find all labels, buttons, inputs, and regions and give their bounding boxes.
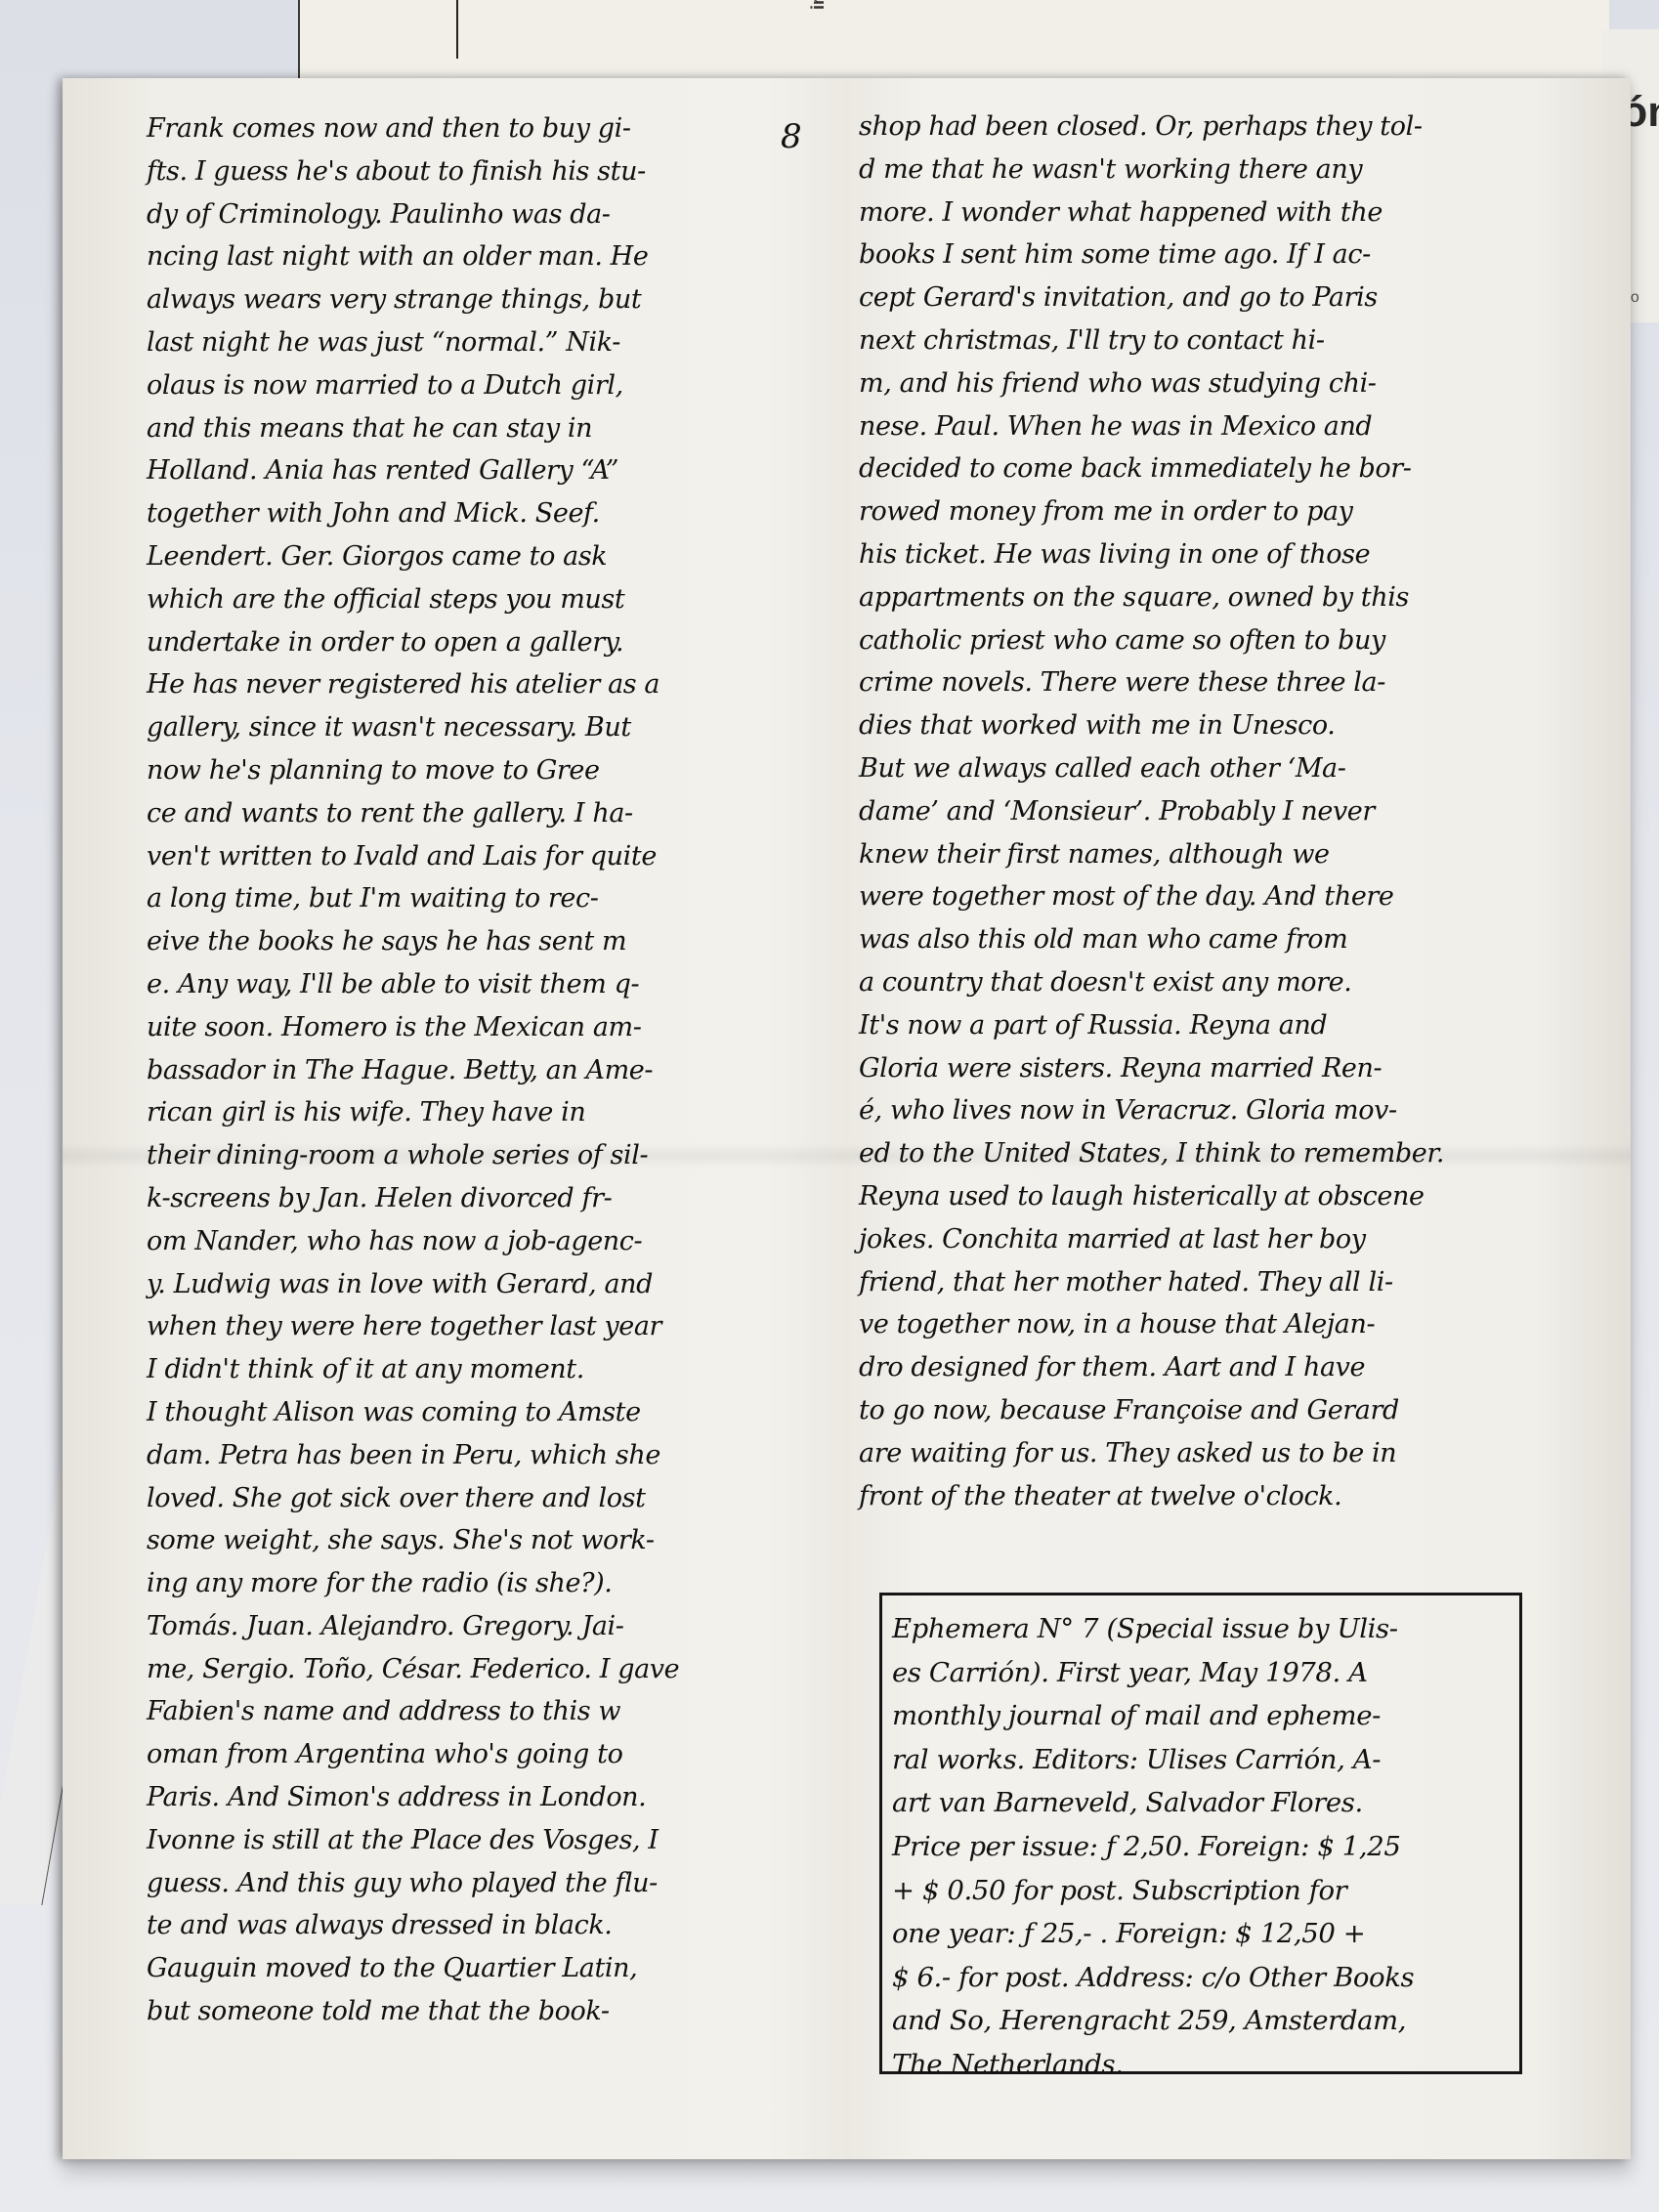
text-line: He has never registered his atelier as a	[147, 663, 772, 706]
text-line: dro designed for them. Aart and I have	[859, 1346, 1562, 1389]
page-number: 8	[781, 117, 802, 156]
text-line: now he's planning to move to Gree	[147, 749, 772, 792]
text-line: ve together now, in a house that Alejan-	[859, 1303, 1562, 1346]
text-line: together with John and Mick. Seef.	[147, 492, 772, 535]
text-line: I thought Alison was coming to Amste	[147, 1391, 772, 1434]
text-line: rowed money from me in order to pay	[859, 490, 1562, 533]
text-line: fts. I guess he's about to finish his st…	[147, 150, 772, 193]
colophon-box: Ephemera N° 7 (Special issue by Ulis-es …	[879, 1593, 1522, 2074]
text-line: eive the books he says he has sent m	[147, 920, 772, 963]
text-line: and this means that he can stay in	[147, 407, 772, 450]
background-paper-top-text: ires	[808, 0, 829, 10]
text-line: was also this old man who came from	[859, 918, 1562, 961]
text-line: some weight, she says. She's not work-	[147, 1519, 772, 1562]
left-text-column: Frank comes now and then to buy gi-fts. …	[147, 107, 772, 2033]
text-line: when they were here together last year	[147, 1305, 772, 1348]
text-line: crime novels. There were these three la-	[859, 661, 1562, 704]
text-line: appartments on the square, owned by this	[859, 576, 1562, 619]
text-line: é, who lives now in Veracruz. Gloria mov…	[859, 1089, 1562, 1132]
text-line: catholic priest who came so often to buy	[859, 619, 1562, 662]
document-page: Frank comes now and then to buy gi-fts. …	[63, 78, 1631, 2159]
text-line: But we always called each other ‘Ma-	[859, 747, 1562, 790]
text-line: ral works. Editors: Ulises Carrión, A-	[892, 1738, 1510, 1782]
text-line: I didn't think of it at any moment.	[147, 1348, 772, 1391]
text-line: nese. Paul. When he was in Mexico and	[859, 405, 1562, 448]
background-paper-top: ires	[298, 0, 1609, 88]
text-line: dies that worked with me in Unesco.	[859, 704, 1562, 747]
text-line: m, and his friend who was studying chi-	[859, 362, 1562, 405]
text-line: dame’ and ‘Monsieur’. Probably I never	[859, 790, 1562, 833]
text-line: their dining-room a whole series of sil-	[147, 1134, 772, 1177]
text-line: guess. And this guy who played the flu-	[147, 1862, 772, 1905]
text-line: shop had been closed. Or, perhaps they t…	[859, 106, 1562, 149]
text-line: Leendert. Ger. Giorgos came to ask	[147, 535, 772, 578]
text-line: loved. She got sick over there and lost	[147, 1477, 772, 1520]
text-line: Price per issue: ƒ 2,50. Foreign: $ 1,25	[892, 1825, 1510, 1869]
text-line: ed to the United States, I think to reme…	[859, 1132, 1562, 1175]
text-line: Frank comes now and then to buy gi-	[147, 107, 772, 150]
text-line: Fabien's name and address to this w	[147, 1690, 772, 1733]
text-line: Gloria were sisters. Reyna married Ren-	[859, 1047, 1562, 1090]
text-line: bassador in The Hague. Betty, an Ame-	[147, 1049, 772, 1092]
text-line: always wears very strange things, but	[147, 278, 772, 321]
text-line: Ivonne is still at the Place des Vosges,…	[147, 1819, 772, 1862]
text-line: y. Ludwig was in love with Gerard, and	[147, 1263, 772, 1306]
text-line: but someone told me that the book-	[147, 1990, 772, 2033]
text-line: Paris. And Simon's address in London.	[147, 1776, 772, 1819]
text-line: knew their first names, although we	[859, 833, 1562, 876]
text-line: art van Barneveld, Salvador Flores.	[892, 1781, 1510, 1825]
text-line: e. Any way, I'll be able to visit them q…	[147, 963, 772, 1006]
text-line: Tomás. Juan. Alejandro. Gregory. Jai-	[147, 1605, 772, 1648]
text-line: The Netherlands.	[892, 2043, 1510, 2087]
text-line: and So, Herengracht 259, Amsterdam,	[892, 1999, 1510, 2043]
text-line: ncing last night with an older man. He	[147, 235, 772, 278]
text-line: which are the official steps you must	[147, 578, 772, 621]
right-text-column: shop had been closed. Or, perhaps they t…	[859, 106, 1562, 1517]
text-line: es Carrión). First year, May 1978. A	[892, 1651, 1510, 1695]
text-line: jokes. Conchita married at last her boy	[859, 1218, 1562, 1261]
text-line: one year: ƒ 25,- . Foreign: $ 12,50 +	[892, 1912, 1510, 1956]
text-line: his ticket. He was living in one of thos…	[859, 533, 1562, 576]
text-line: cept Gerard's invitation, and go to Pari…	[859, 276, 1562, 319]
text-line: om Nander, who has now a job-agenc-	[147, 1220, 772, 1263]
text-line: rican girl is his wife. They have in	[147, 1091, 772, 1134]
text-line: te and was always dressed in black.	[147, 1904, 772, 1947]
text-line: $ 6.- for post. Address: c/o Other Books	[892, 1956, 1510, 2000]
text-line: last night he was just “normal.” Nik-	[147, 321, 772, 364]
text-line: decided to come back immediately he bor-	[859, 447, 1562, 490]
text-line: Ephemera N° 7 (Special issue by Ulis-	[892, 1607, 1510, 1651]
text-line: friend, that her mother hated. They all …	[859, 1261, 1562, 1304]
text-line: next christmas, I'll try to contact hi-	[859, 319, 1562, 362]
text-line: k-screens by Jan. Helen divorced fr-	[147, 1177, 772, 1220]
text-line: a country that doesn't exist any more.	[859, 961, 1562, 1004]
text-line: me, Sergio. Toño, César. Federico. I gav…	[147, 1648, 772, 1691]
text-line: ing any more for the radio (is she?).	[147, 1562, 772, 1605]
background-rule	[456, 0, 458, 59]
text-line: dam. Petra has been in Peru, which she	[147, 1434, 772, 1477]
text-line: Holland. Ania has rented Gallery “A”	[147, 449, 772, 492]
text-line: ven't written to Ivald and Lais for quit…	[147, 835, 772, 878]
text-line: + $ 0.50 for post. Subscription for	[892, 1869, 1510, 1913]
text-line: Gauguin moved to the Quartier Latin,	[147, 1947, 772, 1990]
text-line: books I sent him some time ago. If I ac-	[859, 234, 1562, 276]
text-line: to go now, because Françoise and Gerard	[859, 1389, 1562, 1432]
text-line: olaus is now married to a Dutch girl,	[147, 364, 772, 407]
text-line: uite soon. Homero is the Mexican am-	[147, 1006, 772, 1049]
text-line: front of the theater at twelve o'clock.	[859, 1475, 1562, 1518]
text-line: undertake in order to open a gallery.	[147, 621, 772, 664]
text-line: a long time, but I'm waiting to rec-	[147, 877, 772, 920]
text-line: oman from Argentina who's going to	[147, 1733, 772, 1776]
text-line: It's now a part of Russia. Reyna and	[859, 1004, 1562, 1047]
text-line: monthly journal of mail and epheme-	[892, 1694, 1510, 1738]
text-line: gallery, since it wasn't necessary. But	[147, 706, 772, 749]
text-line: more. I wonder what happened with the	[859, 191, 1562, 234]
text-line: dy of Criminology. Paulinho was da-	[147, 193, 772, 236]
text-line: are waiting for us. They asked us to be …	[859, 1432, 1562, 1475]
text-line: d me that he wasn't working there any	[859, 149, 1562, 191]
text-line: were together most of the day. And there	[859, 875, 1562, 918]
text-line: Reyna used to laugh histerically at obsc…	[859, 1175, 1562, 1218]
text-line: ce and wants to rent the gallery. I ha-	[147, 792, 772, 835]
